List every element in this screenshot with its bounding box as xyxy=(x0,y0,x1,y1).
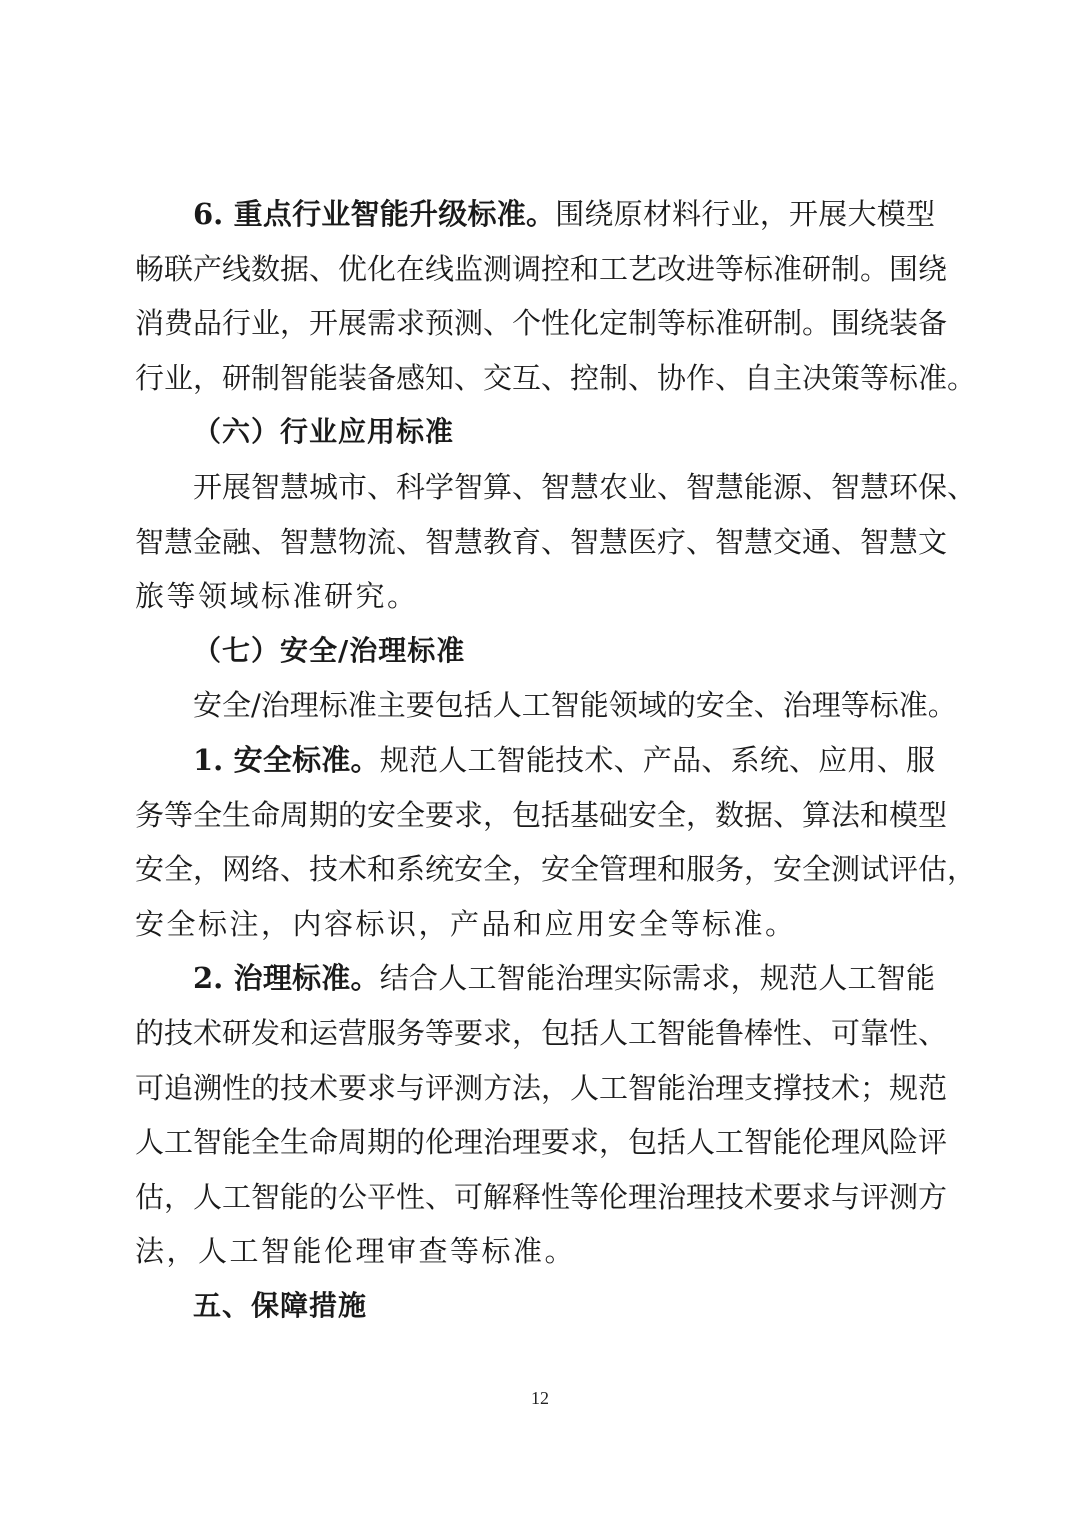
paragraph-line: 安全，网络、技术和系统安全，安全管理和服务，安全测试评估， xyxy=(135,842,935,897)
section-heading: （七）安全/治理标准 xyxy=(135,624,935,679)
item-text: 围绕原材料行业，开展大模型 xyxy=(555,197,935,231)
paragraph-line: 6. 重点行业智能升级标准。围绕原材料行业，开展大模型 xyxy=(135,187,935,242)
paragraph-line: 人工智能全生命周期的伦理治理要求，包括人工智能伦理风险评 xyxy=(135,1115,935,1170)
paragraph-line: 旅等领域标准研究。 xyxy=(135,569,935,624)
paragraph-line: 法，人工智能伦理审查等标准。 xyxy=(135,1224,935,1279)
item-label: 1. 安全标准。 xyxy=(193,743,380,777)
paragraph-line: 开展智慧城市、科学智算、智慧农业、智慧能源、智慧环保、 xyxy=(135,460,935,515)
paragraph-line: 可追溯性的技术要求与评测方法，人工智能治理支撑技术；规范 xyxy=(135,1061,935,1116)
page-number: 12 xyxy=(0,1388,1080,1409)
paragraph-line: 智慧金融、智慧物流、智慧教育、智慧医疗、智慧交通、智慧文 xyxy=(135,515,935,570)
chapter-heading: 五、保障措施 xyxy=(135,1279,935,1334)
paragraph-line: 务等全生命周期的安全要求，包括基础安全，数据、算法和模型 xyxy=(135,788,935,843)
paragraph-line: 消费品行业，开展需求预测、个性化定制等标准研制。围绕装备 xyxy=(135,296,935,351)
paragraph-line: 安全标注，内容标识，产品和应用安全等标准。 xyxy=(135,897,935,952)
paragraph-line: 的技术研发和运营服务等要求，包括人工智能鲁棒性、可靠性、 xyxy=(135,1006,935,1061)
item-text: 结合人工智能治理实际需求，规范人工智能 xyxy=(380,961,935,995)
item-text: 规范人工智能技术、产品、系统、应用、服 xyxy=(380,743,935,777)
item-label: 2. 治理标准。 xyxy=(193,961,380,995)
paragraph-line: 畅联产线数据、优化在线监测调控和工艺改进等标准研制。围绕 xyxy=(135,242,935,297)
paragraph-line: 估，人工智能的公平性、可解释性等伦理治理技术要求与评测方 xyxy=(135,1170,935,1225)
paragraph-line: 2. 治理标准。结合人工智能治理实际需求，规范人工智能 xyxy=(135,951,935,1006)
paragraph-line: 安全/治理标准主要包括人工智能领域的安全、治理等标准。 xyxy=(135,678,935,733)
paragraph-line: 行业，研制智能装备感知、交互、控制、协作、自主决策等标准。 xyxy=(135,351,935,406)
paragraph-line: 1. 安全标准。规范人工智能技术、产品、系统、应用、服 xyxy=(135,733,935,788)
document-page: 6. 重点行业智能升级标准。围绕原材料行业，开展大模型 畅联产线数据、优化在线监… xyxy=(135,187,935,1333)
item-label: 6. 重点行业智能升级标准。 xyxy=(193,197,555,231)
section-heading: （六）行业应用标准 xyxy=(135,405,935,460)
